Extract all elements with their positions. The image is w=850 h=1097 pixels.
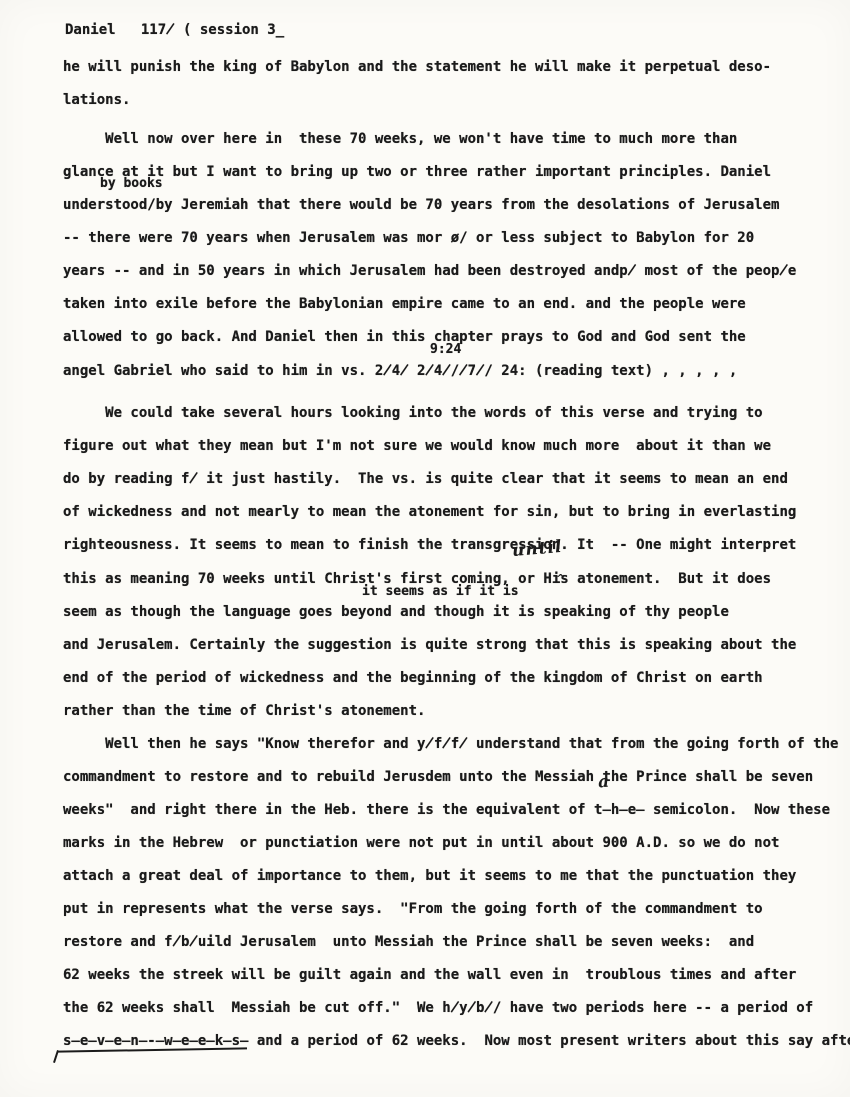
- interlined-typed-insertion: by books: [100, 176, 163, 191]
- typed-line-last: s̶e̶v̶e̶n̶-̶w̶e̶e̶k̶s̶ and a period of 6…: [63, 1031, 850, 1051]
- typed-line: do by reading f̸ it just hastily. The vs…: [63, 469, 788, 489]
- typed-line: he will punish the king of Babylon and t…: [63, 57, 771, 77]
- typed-line: angel Gabriel who said to him in vs. 2̸4…: [63, 361, 737, 381]
- typed-line: rather than the time of Christ's atoneme…: [63, 701, 425, 721]
- typed-line: of wickedness and not mearly to mean the…: [63, 502, 796, 522]
- typed-line: weeks" and right there in the Heb. there…: [63, 800, 830, 820]
- typed-line: years -- and in 50 years in which Jerusa…: [63, 261, 796, 281]
- typed-line: restore and f̸b̸uild Jerusalem unto Mess…: [63, 932, 754, 952]
- typed-line: -- there were 70 years when Jerusalem wa…: [63, 228, 754, 248]
- handwritten-insertion-a: a: [597, 772, 611, 793]
- typed-line: Well now over here in these 70 weeks, we…: [63, 129, 737, 149]
- typed-line: marks in the Hebrew or punctiation were …: [63, 833, 779, 853]
- typed-line: put in represents what the verse says. "…: [63, 899, 763, 919]
- typed-line: taken into exile before the Babylonian e…: [63, 294, 746, 314]
- insertion-caret: ^: [556, 572, 565, 585]
- typed-line: the 62 weeks shall Messiah be cut off." …: [63, 998, 813, 1018]
- typed-line: allowed to go back. And Daniel then in t…: [63, 327, 746, 347]
- typed-line: lations.: [63, 90, 130, 110]
- document-header: Daniel 117̸ ( session 3_: [65, 22, 284, 38]
- typed-line: understood/by Jeremiah that there would …: [63, 195, 779, 215]
- typed-line: Well then he says "Know therefor and y̸f…: [63, 734, 838, 754]
- typed-line: glance at it but I want to bring up two …: [63, 162, 771, 182]
- typed-line: righteousness. It seems to mean to finis…: [63, 535, 796, 555]
- typed-line: seem as though the language goes beyond …: [63, 602, 729, 622]
- typed-line: figure out what they mean but I'm not su…: [63, 436, 771, 456]
- interlined-typed-insertion: it seems as if it is: [362, 584, 519, 599]
- typed-line: end of the period of wickedness and the …: [63, 668, 763, 688]
- typed-line: commandment to restore and to rebuild Je…: [63, 767, 813, 787]
- typed-line: 62 weeks the streek will be guilt again …: [63, 965, 796, 985]
- struck-underlined-phrase: s̶e̶v̶e̶n̶-̶w̶e̶e̶k̶s̶: [63, 1031, 248, 1051]
- typed-line: We could take several hours looking into…: [63, 403, 763, 423]
- typed-line: attach a great deal of importance to the…: [63, 866, 796, 886]
- interlined-verse-reference: 9:24: [430, 342, 461, 357]
- handwritten-insertion-until: until: [511, 537, 563, 561]
- typed-line: and Jerusalem. Certainly the suggestion …: [63, 635, 796, 655]
- typescript-page: Daniel 117̸ ( session 3_ he will punish …: [0, 0, 850, 1097]
- typed-line-remainder: and a period of 62 weeks. Now most prese…: [248, 1033, 850, 1049]
